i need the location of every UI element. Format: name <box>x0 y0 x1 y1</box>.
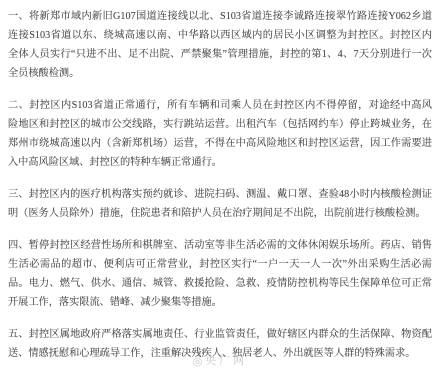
text-line: 二、封控区内S103省道正常通行，所有车辆和司乘人员在封控区内不得停留，对途经中… <box>8 96 432 115</box>
text-line: 五、封控区属地政府严格落实属地责任、行业监管责任，做好辖区内群众的生活保障、物资… <box>8 325 432 344</box>
paragraph-3: 三、封控区内的医疗机构落实预约就诊、进院扫码、测温、戴口罩、查验48小时内核酸检… <box>8 185 432 223</box>
text-line: 全员核酸检测。 <box>8 64 432 83</box>
text-line: 郑州市绕城高速以内（含新郑机场）运营，不得在中高风险地区和封控区运营，因工作需要… <box>8 134 432 153</box>
text-line: 生活必需品的超市、便利店可正常营业，封控区实行“一户一天一人一次”外出采购生活必… <box>8 255 432 274</box>
text-line: 开展工作，落实限流、错峰、减少聚集等措施。 <box>8 293 432 312</box>
paragraph-4: 四、暂停封控区经营性场所和棋牌室、活动室等非生活必需的文体休闲娱乐场所。药店、销… <box>8 236 432 312</box>
text-line: 连接S103省道以东、绕城高速以南、中华路以西区域内的居民小区调整为封控区。封控… <box>8 26 432 45</box>
text-line: 入中高风险区域、封控区的特种车辆正常通行。 <box>8 153 432 172</box>
text-line: 四、暂停封控区经营性场所和棋牌室、活动室等非生活必需的文体休闲娱乐场所。药店、销… <box>8 236 432 255</box>
paragraph-1: 一、将新郑市域内新旧G107国道连接线以北、S103省道连接李诚路连接翠竹路连接… <box>8 7 432 83</box>
paragraph-2: 二、封控区内S103省道正常通行，所有车辆和司乘人员在封控区内不得停留，对途经中… <box>8 96 432 172</box>
text-line: 明（医务人员除外）措施，住院患者和陪护人员在治疗期间足不出院，出院前进行核酸检测… <box>8 204 432 223</box>
text-line: 险地区和封控区的城市公交线路，实行跳站运营。出租汽车（包括网约车）停止跨城业务，… <box>8 115 432 134</box>
text-line: 全体人员实行“只进不出、足不出院、严禁聚集”管理措施，封控的第1、4、7天分别进… <box>8 45 432 64</box>
text-line: 一、将新郑市域内新旧G107国道连接线以北、S103省道连接李诚路连接翠竹路连接… <box>8 7 432 26</box>
watermark: ◎央广网 <box>0 355 440 369</box>
document-page: 一、将新郑市域内新旧G107国道连接线以北、S103省道连接李诚路连接翠竹路连接… <box>0 0 440 373</box>
text-line: 品。电力、燃气、供水、通信、城管、救援抢险、急救、疫情防控机构等民生保障单位可正… <box>8 274 432 293</box>
cnr-logo-icon: ◎ <box>193 356 203 369</box>
watermark-label: 央广网 <box>205 355 247 367</box>
text-line: 三、封控区内的医疗机构落实预约就诊、进院扫码、测温、戴口罩、查验48小时内核酸检… <box>8 185 432 204</box>
